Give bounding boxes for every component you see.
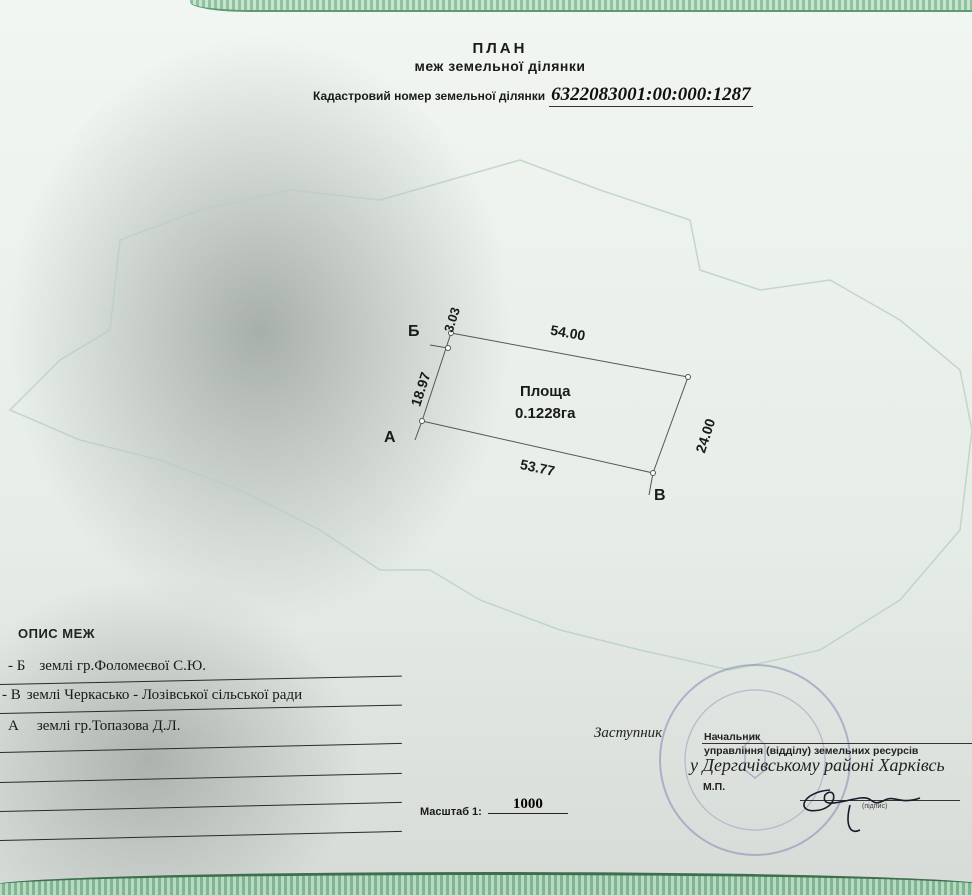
stamp-place-label: М.П. bbox=[703, 781, 725, 793]
cadastral-number: 6322083001:00:000:1287 bbox=[549, 84, 752, 107]
boundary-rule bbox=[0, 773, 402, 783]
vertex-label-a: А bbox=[384, 429, 396, 446]
deputy-handwritten: Заступник bbox=[594, 725, 662, 742]
side-left-lower-length: 18.97 bbox=[408, 370, 434, 408]
vertex-label-b: Б bbox=[408, 323, 420, 340]
decorative-bottom-border bbox=[0, 872, 972, 895]
boundary-rule bbox=[0, 705, 402, 714]
parcel-plan: Б А В 54.00 53.77 24.00 18.97 3.03 Площа… bbox=[380, 290, 730, 510]
area-label: Площа bbox=[520, 383, 571, 400]
scale-label: Масштаб 1: bbox=[420, 806, 482, 818]
area-value: 0.1228га bbox=[515, 405, 576, 422]
signatory-title: Начальник управління (відділу) земельних… bbox=[704, 730, 918, 758]
document-page: ПЛАН меж земельної ділянки Кадастровий н… bbox=[0, 0, 972, 896]
boundary-item: - Бземлі гр.Фоломеєвої С.Ю. bbox=[8, 658, 206, 675]
boundary-item: - Вземлі Черкасько - Лозівської сільсько… bbox=[2, 687, 302, 704]
decorative-top-border bbox=[190, 0, 972, 12]
signatory-rule bbox=[702, 743, 972, 744]
side-top-length: 54.00 bbox=[549, 322, 586, 344]
boundary-rule bbox=[0, 831, 402, 841]
side-left-upper-length: 3.03 bbox=[441, 305, 463, 334]
plan-title: ПЛАН bbox=[0, 40, 972, 57]
side-right-length: 24.00 bbox=[692, 416, 718, 454]
boundary-rule bbox=[0, 802, 402, 812]
boundary-item: Аземлі гр.Топазова Д.Л. bbox=[8, 718, 180, 735]
scale-row: Масштаб 1: 1000 bbox=[420, 800, 568, 818]
boundary-rule bbox=[0, 743, 402, 753]
signature-scribble bbox=[790, 770, 930, 840]
cadastral-label: Кадастровий номер земельної ділянки bbox=[313, 89, 545, 103]
scale-value: 1000 bbox=[488, 796, 568, 814]
plan-subtitle: меж земельної ділянки bbox=[0, 58, 972, 74]
boundaries-title: ОПИС МЕЖ bbox=[18, 626, 95, 641]
cadastral-number-row: Кадастровий номер земельної ділянки 6322… bbox=[313, 84, 753, 107]
vertex-label-v: В bbox=[654, 487, 666, 504]
side-bottom-length: 53.77 bbox=[519, 456, 557, 479]
